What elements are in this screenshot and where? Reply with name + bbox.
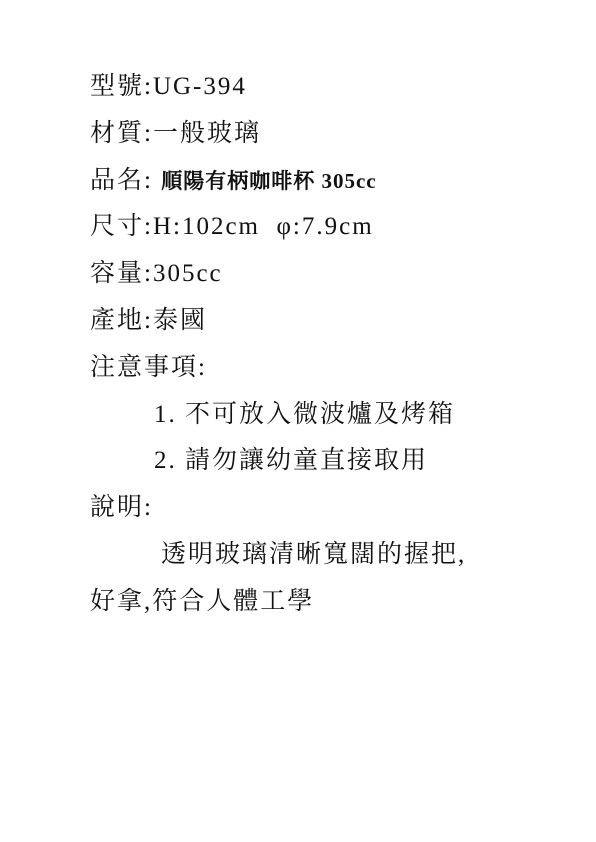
model-line: 型號:UG-394 bbox=[90, 64, 570, 111]
product-name-line: 品名: 順陽有柄咖啡杯 305cc bbox=[90, 158, 570, 205]
note-item-1: 1. 不可放入微波爐及烤箱 bbox=[90, 392, 570, 439]
description-line-1: 透明玻璃清晰寬闊的握把, bbox=[90, 532, 570, 579]
origin-line: 產地:泰國 bbox=[90, 298, 570, 345]
description-heading: 說明: bbox=[90, 485, 570, 532]
capacity-line: 容量:305cc bbox=[90, 251, 570, 298]
notes-heading: 注意事項: bbox=[90, 345, 570, 392]
product-name-value: 順陽有柄咖啡杯 305cc bbox=[161, 169, 376, 193]
product-spec-sheet: 型號:UG-394 材質:一般玻璃 品名: 順陽有柄咖啡杯 305cc 尺寸:H… bbox=[90, 64, 570, 626]
description-line-2: 好拿,符合人體工學 bbox=[90, 579, 570, 626]
note-item-2: 2. 請勿讓幼童直接取用 bbox=[90, 438, 570, 485]
product-name-label: 品名: bbox=[90, 167, 161, 194]
size-line: 尺寸:H:102cm φ:7.9cm bbox=[90, 204, 570, 251]
material-line: 材質:一般玻璃 bbox=[90, 111, 570, 158]
